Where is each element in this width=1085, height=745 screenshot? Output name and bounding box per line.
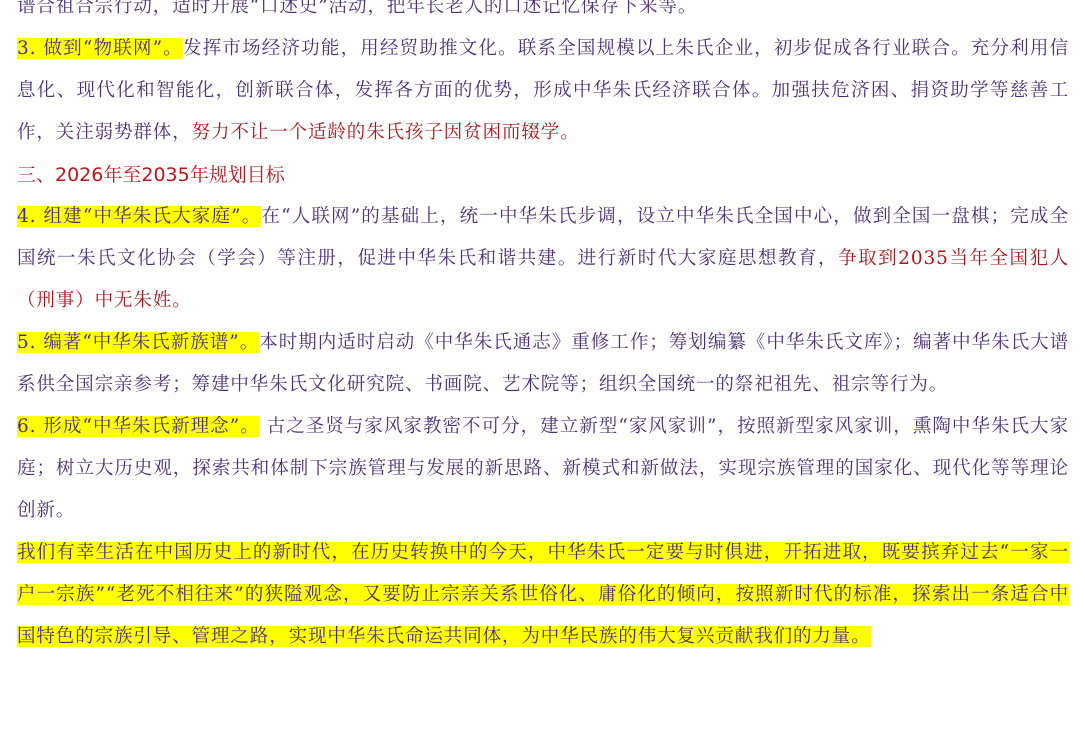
item-4-paragraph: 4. 组建“中华朱氏大家庭”。在“人联网”的基础上，统一中华朱氏步调，设立中华朱… bbox=[17, 196, 1069, 322]
section-heading: 三、2026年至2035年规划目标 bbox=[17, 154, 1069, 196]
item-5-paragraph: 5. 编著“中华朱氏新族谱”。本时期内适时启动《中华朱氏通志》重修工作；筹划编纂… bbox=[17, 322, 1069, 406]
item-6-paragraph: 6. 形成“中华朱氏新理念”。 古之圣贤与家风家教密不可分，建立新型“家风家训”… bbox=[17, 406, 1069, 532]
conclusion-text: 我们有幸生活在中国历史上的新时代，在历史转换中的今天，中华朱氏一定要与时俱进，开… bbox=[17, 542, 1069, 647]
conclusion-paragraph: 我们有幸生活在中国历史上的新时代，在历史转换中的今天，中华朱氏一定要与时俱进，开… bbox=[17, 532, 1069, 658]
document-body: 谱合祖合宗行动，适时开展“口述史”活动，把年长老人的口述记忆保存下来等。 3. … bbox=[17, 0, 1069, 658]
item-4-title: 4. 组建“中华朱氏大家庭”。 bbox=[17, 206, 261, 227]
item-3-title: 3. 做到“物联网”。 bbox=[17, 38, 183, 59]
item-3-paragraph: 3. 做到“物联网”。发挥市场经济功能，用经贸助推文化。联系全国规模以上朱氏企业… bbox=[17, 28, 1069, 154]
item-6-title: 6. 形成“中华朱氏新理念”。 bbox=[17, 416, 260, 437]
item-5-title: 5. 编著“中华朱氏新族谱”。 bbox=[17, 332, 259, 353]
item-3-emphasis: 努力不让一个适龄的朱氏孩子因贫困而辍学。 bbox=[192, 122, 580, 143]
intro-paragraph-tail: 谱合祖合宗行动，适时开展“口述史”活动，把年长老人的口述记忆保存下来等。 bbox=[17, 0, 1069, 28]
